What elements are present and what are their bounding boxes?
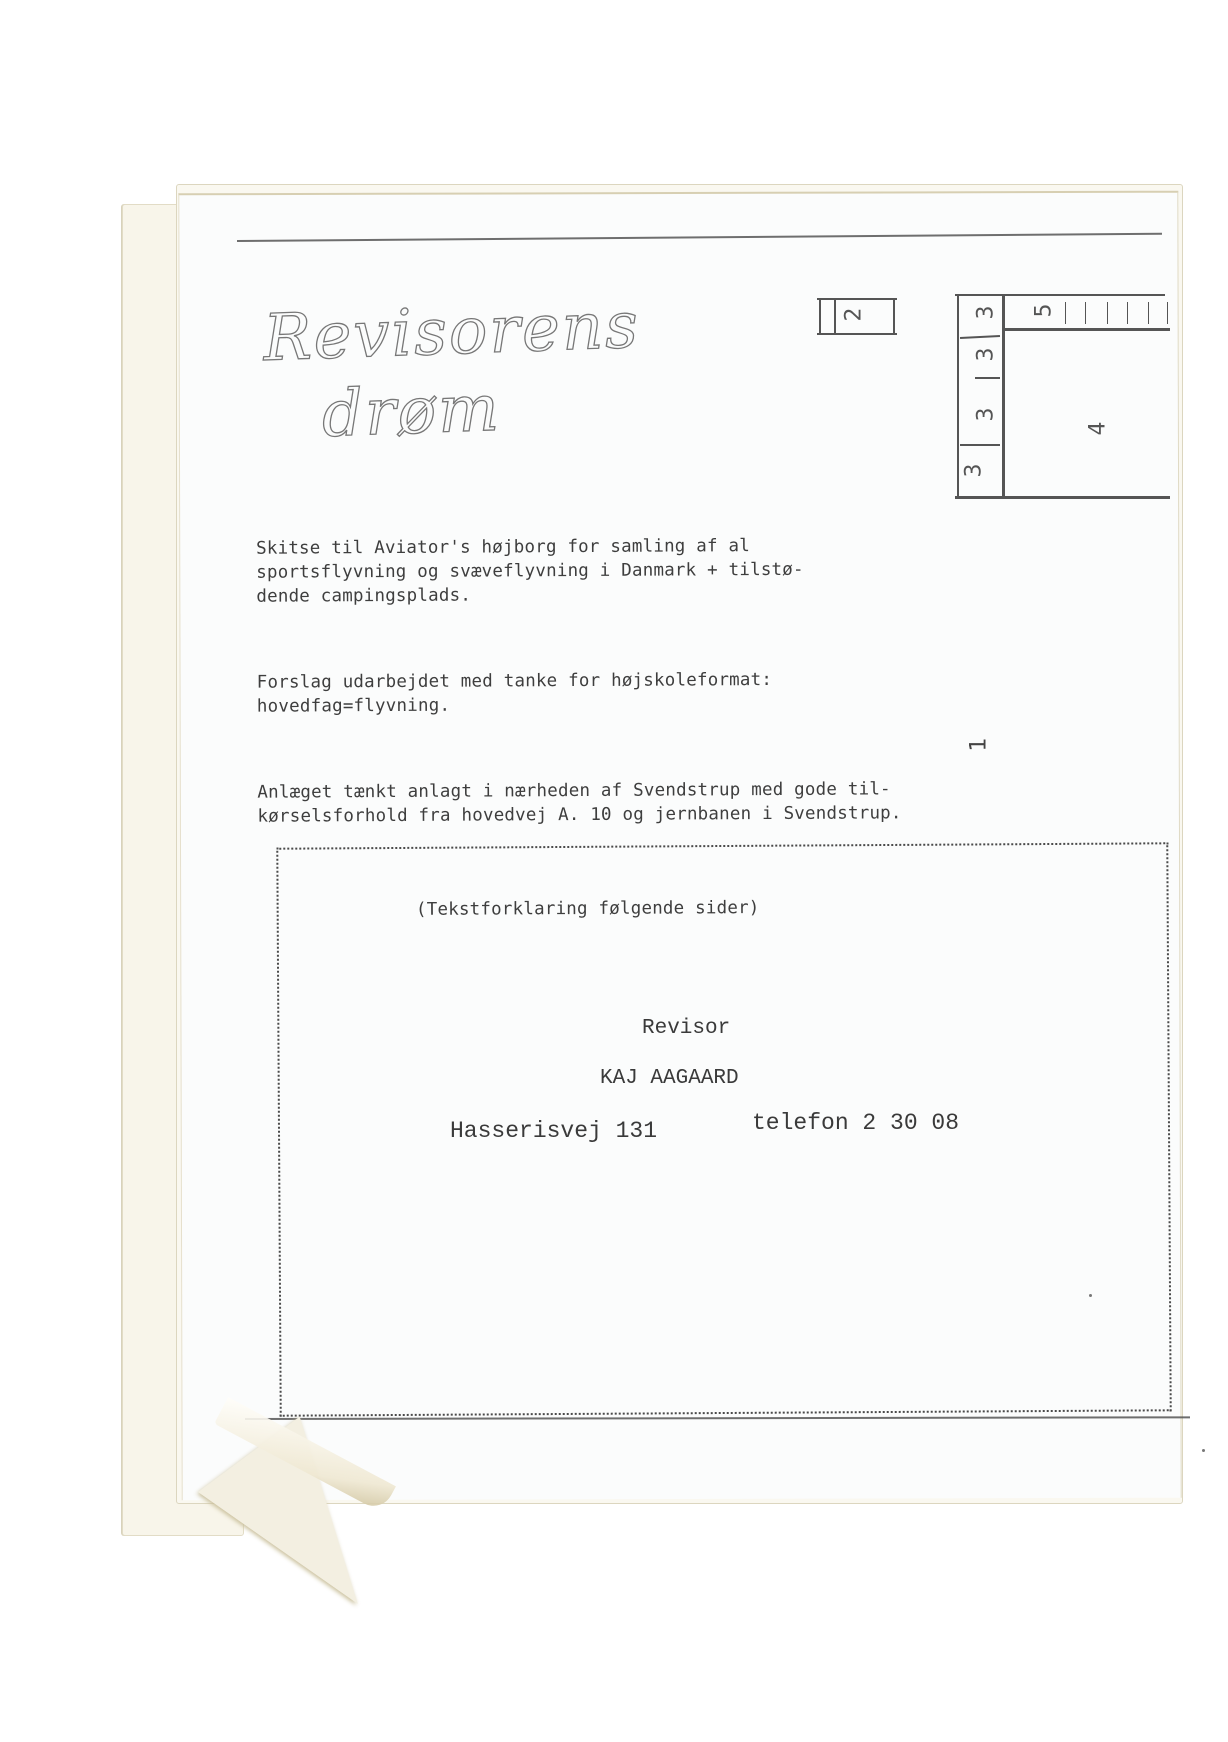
box-2-label: 2 xyxy=(842,308,867,322)
title-line-2: drøm xyxy=(265,365,644,456)
handwritten-title: Revisorens drøm xyxy=(262,287,644,456)
stamp-box xyxy=(276,842,1171,1416)
site-plan-diagram: 3 3 3 3 5 4 xyxy=(955,294,1170,500)
intro-paragraph-2: Forslag udarbejdet med tanke for højskol… xyxy=(257,667,901,718)
stamp-name: KAJ AAGAARD xyxy=(600,1067,739,1090)
zone-3-label-c: 3 xyxy=(974,408,999,422)
intro-paragraph-3: Anlæget tænkt anlagt i nærheden af Svend… xyxy=(257,777,901,828)
title-line-1: Revisorens xyxy=(262,289,641,376)
zone-5-label: 5 xyxy=(1032,304,1057,318)
diagram-box-2: 2 xyxy=(817,298,897,334)
stamp-address: Hasserisvej 131 xyxy=(450,1118,657,1144)
ink-speck xyxy=(1202,1449,1205,1452)
zone-3-label-b: 3 xyxy=(974,348,999,362)
zone-4-label: 4 xyxy=(1086,422,1111,436)
zone-3-label-d: 3 xyxy=(962,464,987,478)
intro-paragraph-1: Skitse til Aviator's højborg for samling… xyxy=(256,533,901,608)
zone-3-label-a: 3 xyxy=(974,306,999,320)
stamp-phone: telefon 2 30 08 xyxy=(752,1110,959,1136)
stamp-title: Revisor xyxy=(642,1017,730,1040)
page-number: 1 xyxy=(967,738,992,752)
ink-speck xyxy=(1089,1294,1092,1297)
